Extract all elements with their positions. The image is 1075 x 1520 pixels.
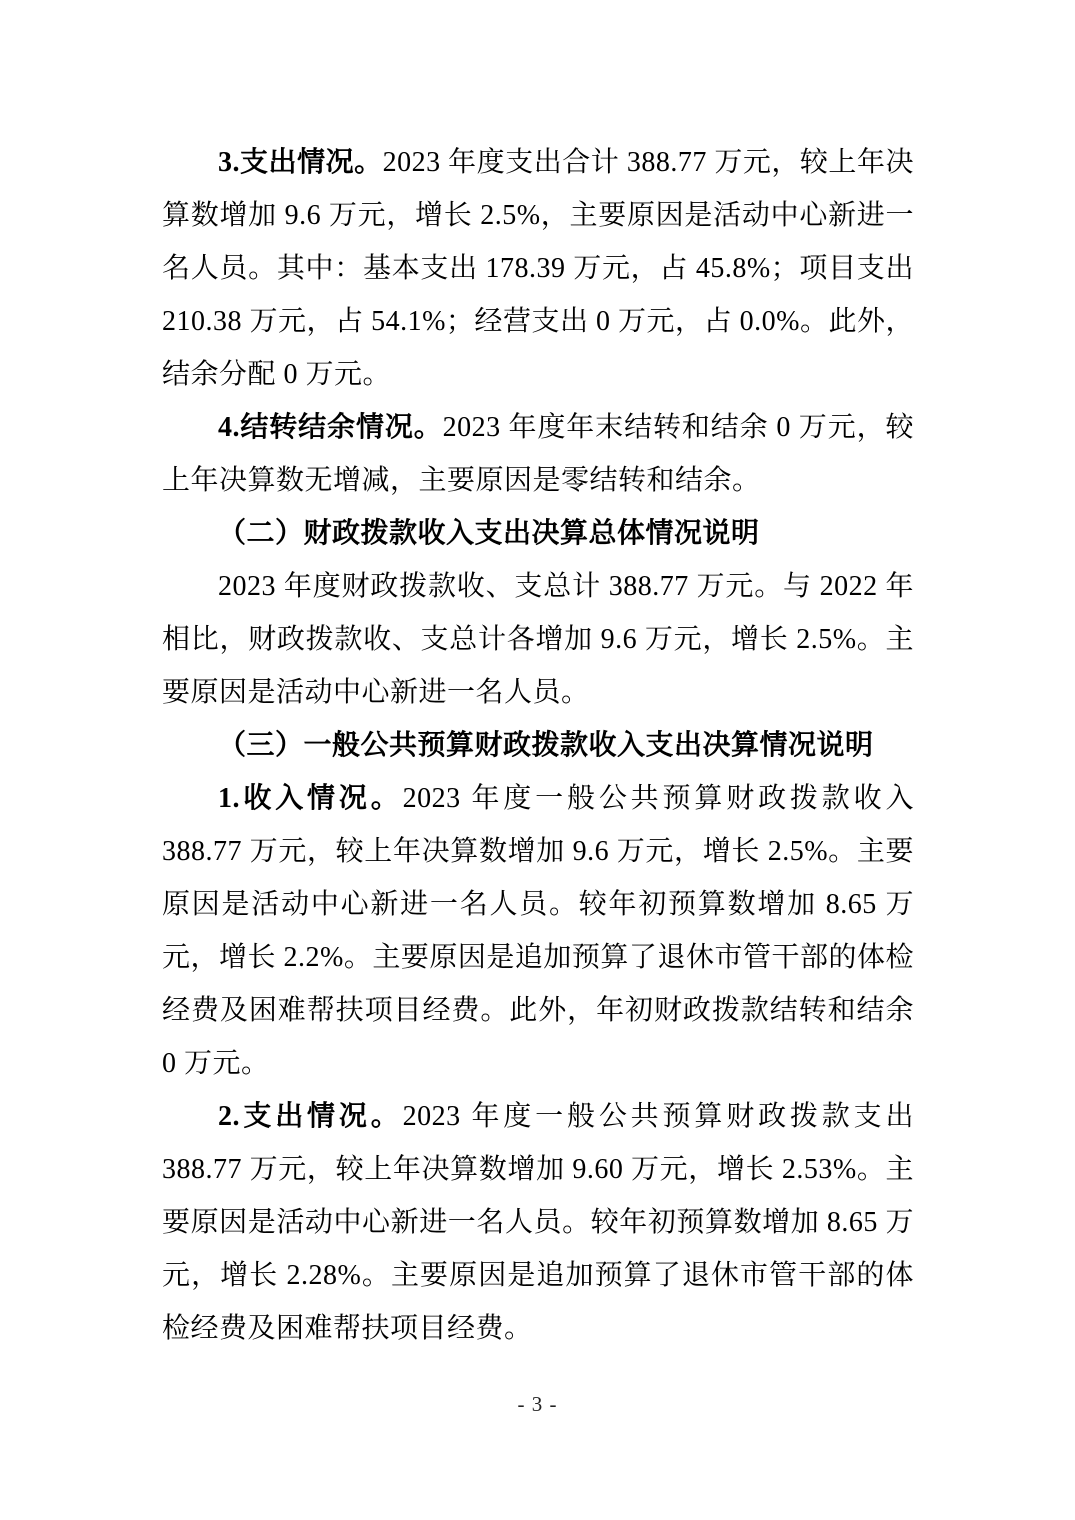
paragraph-text: 2023 年度一般公共预算财政拨款支出 388.77 万元，较上年决算数增加 9… [162, 1101, 914, 1344]
paragraph-prefix: 2.支出情况。 [218, 1101, 403, 1132]
section-heading-text: （三）一般公共预算财政拨款收入支出决算情况说明 [218, 730, 874, 761]
page-number: - 3 - [0, 1392, 1075, 1417]
paragraph-expenditure-detail: 2.支出情况。2023 年度一般公共预算财政拨款支出 388.77 万元，较上年… [162, 1090, 914, 1355]
paragraph-text: 2023 年度一般公共预算财政拨款收入 388.77 万元，较上年决算数增加 9… [162, 783, 914, 1079]
paragraph-expenditure-overview: 3.支出情况。2023 年度支出合计 388.77 万元，较上年决算数增加 9.… [162, 136, 914, 401]
paragraph-prefix: 3.支出情况。 [218, 147, 383, 178]
paragraph-prefix: 4.结转结余情况。 [218, 412, 443, 443]
section-heading-text: （二）财政拨款收入支出决算总体情况说明 [218, 518, 760, 549]
paragraph-prefix: 1.收入情况。 [218, 783, 403, 814]
paragraph-fiscal-appropriation-detail: 2023 年度财政拨款收、支总计 388.77 万元。与 2022 年相比，财政… [162, 560, 914, 719]
section-heading-general-public-budget: （三）一般公共预算财政拨款收入支出决算情况说明 [162, 719, 914, 772]
paragraph-carryover-overview: 4.结转结余情况。2023 年度年末结转和结余 0 万元，较上年决算数无增减，主… [162, 401, 914, 507]
paragraph-text: 2023 年度支出合计 388.77 万元，较上年决算数增加 9.6 万元，增长… [162, 147, 914, 390]
paragraph-text: 2023 年度财政拨款收、支总计 388.77 万元。与 2022 年相比，财政… [162, 571, 914, 708]
section-heading-fiscal-appropriation: （二）财政拨款收入支出决算总体情况说明 [162, 507, 914, 560]
document-body: 3.支出情况。2023 年度支出合计 388.77 万元，较上年决算数增加 9.… [162, 136, 914, 1355]
paragraph-income-detail: 1.收入情况。2023 年度一般公共预算财政拨款收入 388.77 万元，较上年… [162, 772, 914, 1090]
document-page: 3.支出情况。2023 年度支出合计 388.77 万元，较上年决算数增加 9.… [0, 0, 1075, 1520]
